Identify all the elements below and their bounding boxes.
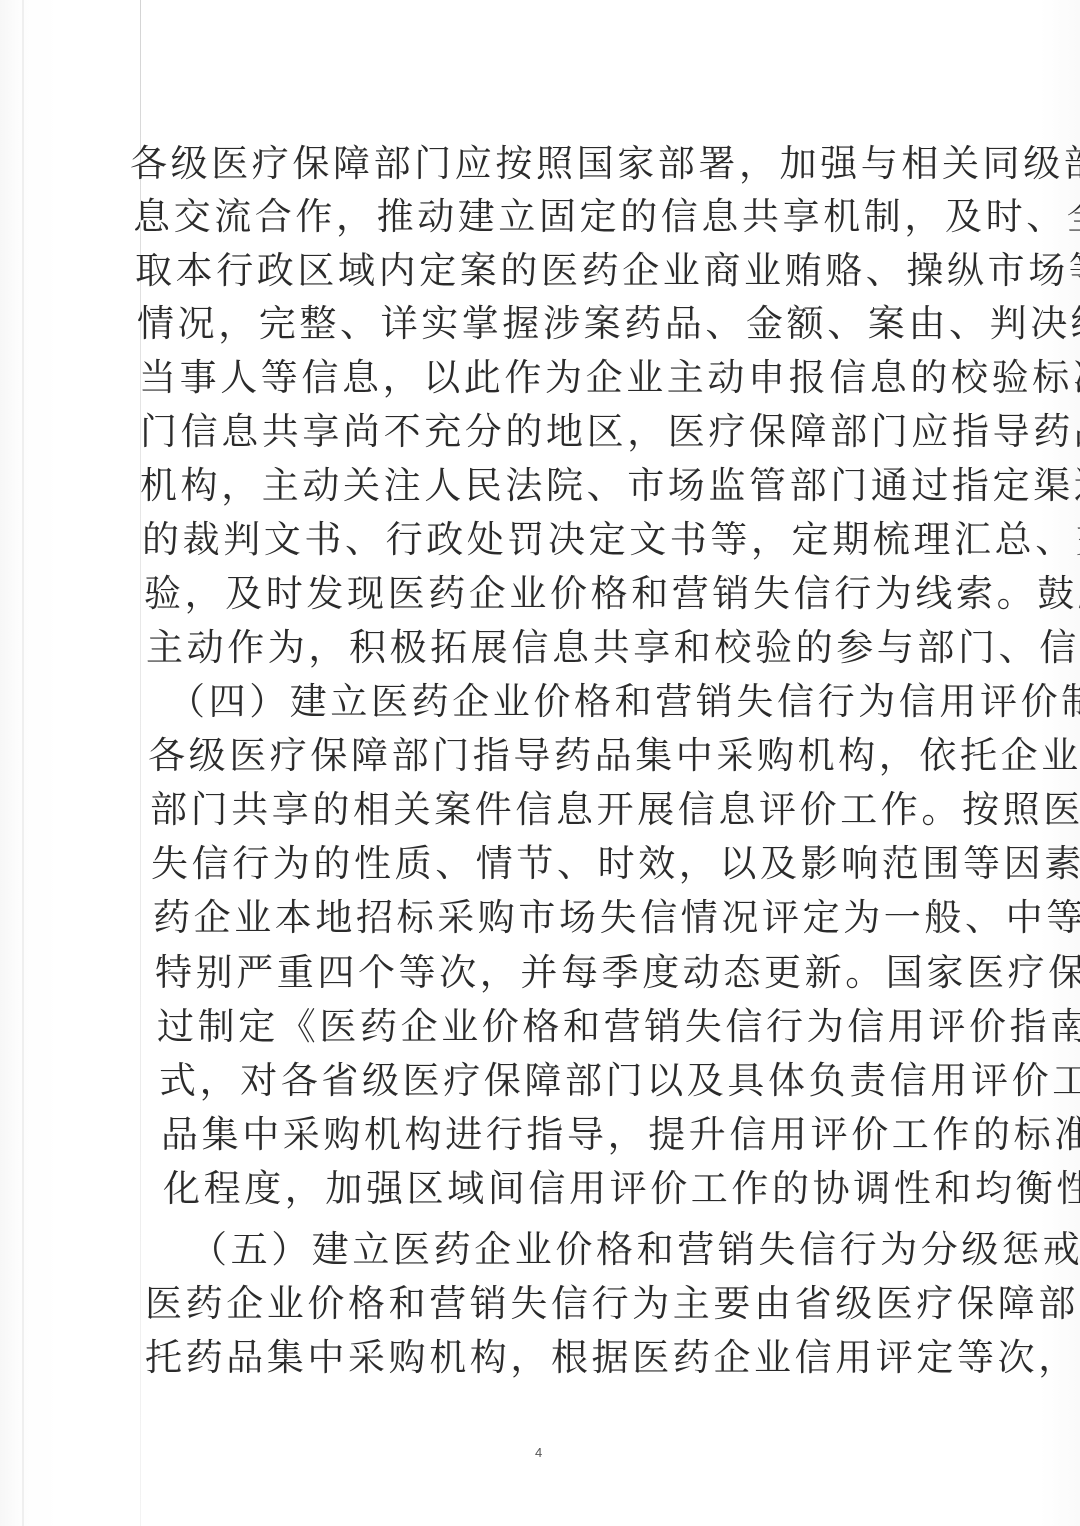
document-page: 各级医疗保障部门应按照国家部署，加强与相关同级部门信 息交流合作，推动建立固定的… <box>0 0 1080 1526</box>
text-line: 托药品集中采购机构，根据医药企业信用评定等次，实施分 <box>145 1336 1080 1380</box>
text-line: 息交流合作，推动建立固定的信息共享机制，及时、全面获 <box>133 195 1080 239</box>
section-heading-5: （五）建立医药企业价格和营销失信行为分级惩戒制度。 <box>190 1228 1080 1272</box>
scan-edge-shadow <box>22 0 24 1526</box>
text-line: 主动作为，积极拓展信息共享和校验的参与部门、信息渠道。 <box>146 626 1080 670</box>
text-line: 各级医疗保障部门应按照国家部署，加强与相关同级部门信 <box>130 142 1080 186</box>
text-line: 当事人等信息，以此作为企业主动申报信息的校验标准。部 <box>139 356 1080 400</box>
page-number: 4 <box>535 1445 542 1460</box>
text-line: 品集中采购机构进行指导，提升信用评价工作的标准化规范 <box>161 1113 1080 1157</box>
text-line: 部门共享的相关案件信息开展信息评价工作。按照医药企业 <box>150 788 1080 832</box>
text-line: 验，及时发现医药企业价格和营销失信行为线索。鼓励各地 <box>144 572 1080 616</box>
text-line: 式，对各省级医疗保障部门以及具体负责信用评价工作的药 <box>159 1059 1080 1103</box>
text-line: 过制定《医药企业价格和营销失信行为信用评价指南》等方 <box>157 1005 1080 1049</box>
text-line: 的裁判文书、行政处罚决定文书等，定期梳理汇总、交叉校 <box>142 518 1080 562</box>
text-line: 医药企业价格和营销失信行为主要由省级医疗保障部门依 <box>145 1282 1080 1326</box>
text-line: 特别严重四个等次，并每季度动态更新。国家医疗保障局通 <box>155 951 1080 995</box>
text-line: 化程度，加强区域间信用评价工作的协调性和均衡性。 <box>163 1167 1080 1211</box>
text-line: 药企业本地招标采购市场失信情况评定为一般、中等、严重、 <box>153 896 1080 940</box>
text-line: 各级医疗保障部门指导药品集中采购机构，依托企业申报和 <box>148 734 1080 778</box>
text-line: 取本行政区域内定案的医药企业商业贿赂、操纵市场等案件 <box>135 249 1080 293</box>
text-line: 失信行为的性质、情节、时效，以及影响范围等因素，将医 <box>151 842 1080 886</box>
section-heading-4: （四）建立医药企业价格和营销失信行为信用评价制度。 <box>168 680 1080 724</box>
text-line: 机构，主动关注人民法院、市场监管部门通过指定渠道公开 <box>140 464 1080 508</box>
text-line: 门信息共享尚不充分的地区，医疗保障部门应指导药品采购 <box>140 410 1080 454</box>
text-line: 情况，完整、详实掌握涉案药品、金额、案由、判决结果、 <box>137 302 1080 346</box>
